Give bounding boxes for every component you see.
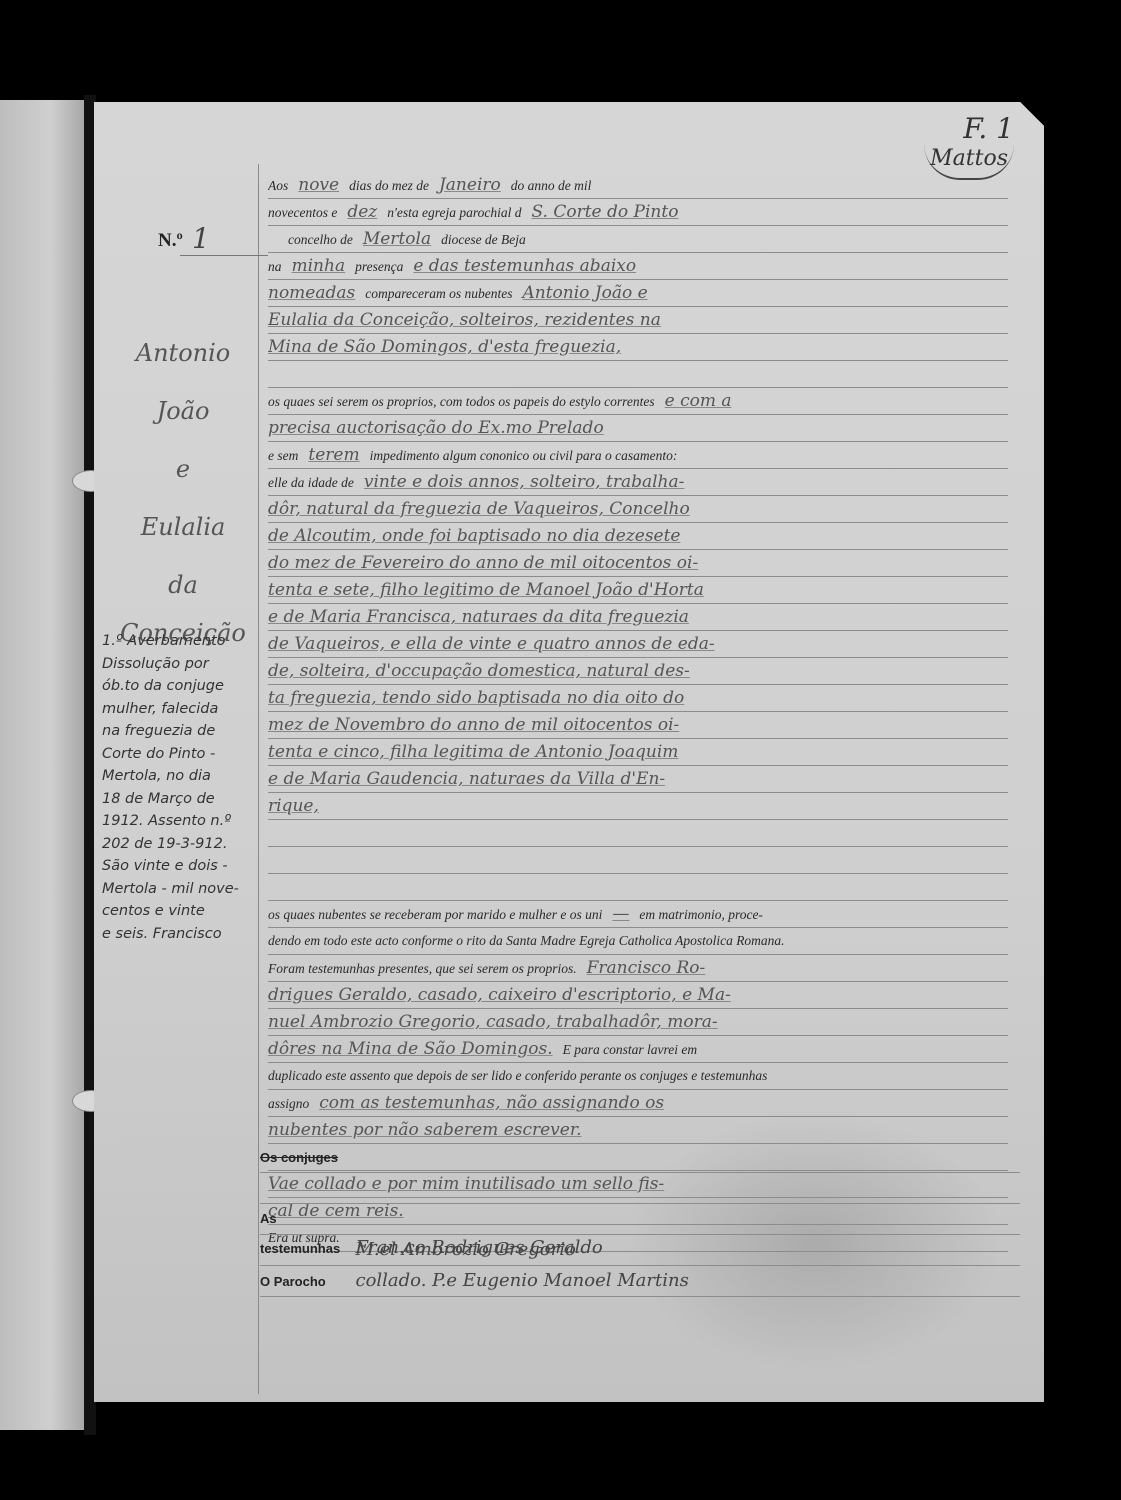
printed-text: compareceram os nubentes [365,286,512,301]
note-line: Mertola, no dia [102,765,262,788]
handwritten-text: Francisco Ro- [587,958,706,978]
printed-text: elle da idade de [268,475,354,490]
handwritten-text: ta freguezia, tendo sido baptisada no di… [268,688,684,708]
handwritten-text: — [612,904,629,924]
note-line: Mertola - mil nove- [102,878,262,901]
printed-text: presença [355,259,403,274]
record-line: e de Maria Gaudencia, naturaes da Villa … [268,766,1008,793]
record-line: de Vaqueiros, e ella de vinte e quatro a… [268,631,1008,658]
record-line: do mez de Fevereiro do anno de mil oitoc… [268,550,1008,577]
handwritten-text: terem [308,445,359,465]
printed-text: do anno de mil [511,178,592,193]
record-line: precisa auctorisação do Ex.mo Prelado [268,415,1008,442]
handwritten-text: e de Maria Francisca, naturaes da dita f… [268,607,689,627]
folio-number: F. 1 [963,112,1014,145]
note-line: Corte do Pinto - [102,743,262,766]
printed-text: e sem [268,448,298,463]
record-line: os quaes nubentes se receberam por marid… [268,901,1008,928]
handwritten-text: e de Maria Gaudencia, naturaes da Villa … [268,769,665,789]
handwritten-text: mez de Novembro do anno de mil oitocento… [268,715,679,735]
record-line: ta freguezia, tendo sido baptisada no di… [268,685,1008,712]
record-line: nomeadascompareceram os nubentesAntonio … [268,280,1008,307]
record-body: Aosnovedias do mez deJaneirodo anno de m… [268,172,1008,1252]
testemunhas-row: As testemunhas Fran.co Rodrigues Geraldo [260,1204,1020,1235]
record-line: nuel Ambrozio Gregorio, casado, trabalha… [268,1009,1008,1036]
printed-text: duplicado este assento que depois de ser… [268,1068,767,1083]
testemunhas-row-2: M.el Ambrozio Gregorio [260,1235,1020,1266]
record-line: drigues Geraldo, casado, caixeiro d'escr… [268,982,1008,1009]
handwritten-text: do mez de Fevereiro do anno de mil oitoc… [268,553,698,573]
handwritten-text: Mertola [363,229,431,249]
record-line [268,874,1008,901]
conjuges-row-2 [260,1173,1020,1204]
note-line: centos e vinte [102,900,262,923]
margin-name: e [108,440,258,498]
note-line: São vinte e dois - [102,855,262,878]
note-line: 1.º Averbamento [102,630,262,653]
printed-text: impedimento algum cononico ou civil para… [370,448,678,463]
record-line: elle da idade devinte e dois annos, solt… [268,469,1008,496]
handwritten-text: drigues Geraldo, casado, caixeiro d'escr… [268,985,731,1005]
printed-text: Foram testemunhas presentes, que sei ser… [268,961,577,976]
handwritten-text: vinte e dois annos, solteiro, trabalha- [364,472,685,492]
priest-signature: collado. P.e Eugenio Manoel Martins [356,1270,689,1291]
printed-text: os quaes nubentes se receberam por marid… [268,907,602,922]
signature-block: Os conjuges As testemunhas Fran.co Rodri… [260,1142,1020,1297]
handwritten-text: Eulalia da Conceição, solteiros, reziden… [268,310,661,330]
printed-text: diocese de Beja [441,232,526,247]
printed-text: na [268,259,282,274]
record-line: assignocom as testemunhas, não assignand… [268,1090,1008,1117]
handwritten-text: tenta e sete, filho legitimo de Manoel J… [268,580,704,600]
facing-page-left [0,100,84,1430]
record-line: dendo em todo este acto conforme o rito … [268,928,1008,955]
printed-text: dendo em todo este acto conforme o rito … [268,933,785,948]
handwritten-text: de Vaqueiros, e ella de vinte e quatro a… [268,634,715,654]
handwritten-text: nomeadas [268,283,355,303]
record-line: e semteremimpedimento algum cononico ou … [268,442,1008,469]
printed-text: n'esta egreja parochial d [387,205,521,220]
record-line: Eulalia da Conceição, solteiros, reziden… [268,307,1008,334]
handwritten-text: e das testemunhas abaixo [413,256,636,276]
record-line: novecentos edezn'esta egreja parochial d… [268,199,1008,226]
margin-name: Antonio [108,324,258,382]
margin-name: João [108,382,258,440]
handwritten-text: precisa auctorisação do Ex.mo Prelado [268,418,604,438]
printed-text: concelho de [288,232,353,247]
conjuges-label: Os conjuges [260,1143,352,1173]
handwritten-text: nubentes por não saberem escrever. [268,1120,582,1140]
record-line: dôr, natural da freguezia de Vaqueiros, … [268,496,1008,523]
handwritten-text: tenta e cinco, filha legitima de Antonio… [268,742,678,762]
record-line: mez de Novembro do anno de mil oitocento… [268,712,1008,739]
record-line: os quaes sei serem os proprios, com todo… [268,388,1008,415]
record-line: naminhapresençae das testemunhas abaixo [268,253,1008,280]
note-line: 18 de Março de [102,788,262,811]
note-line: 1912. Assento n.º [102,810,262,833]
handwritten-text: Antonio João e [522,283,647,303]
page-corner-fold [1020,102,1044,126]
reference-mark: F. 1 Mattos [924,114,1014,180]
record-line: rique, [268,793,1008,820]
handwritten-text: dez [347,202,377,222]
handwritten-text: e com a [665,391,732,411]
note-line: na freguezia de [102,720,262,743]
handwritten-text: dôres na Mina de São Domingos. [268,1039,553,1059]
handwritten-text: Mina de São Domingos, d'esta freguezia, [268,337,621,357]
record-line [268,820,1008,847]
record-line: de, solteira, d'occupação domestica, nat… [268,658,1008,685]
handwritten-text: rique, [268,796,319,816]
printed-text: novecentos e [268,205,337,220]
handwritten-text: nuel Ambrozio Gregorio, casado, trabalha… [268,1012,718,1032]
printed-text: Aos [268,178,288,193]
note-line: 202 de 19-3-912. [102,833,262,856]
margin-name: Eulalia [108,498,258,556]
printed-text: os quaes sei serem os proprios, com todo… [268,394,655,409]
record-line: Aosnovedias do mez deJaneirodo anno de m… [268,172,1008,199]
handwritten-text: Janeiro [439,175,501,195]
printed-text: dias do mez de [349,178,429,193]
record-line: duplicado este assento que depois de ser… [268,1063,1008,1090]
handwritten-text: dôr, natural da freguezia de Vaqueiros, … [268,499,690,519]
record-line: Foram testemunhas presentes, que sei ser… [268,955,1008,982]
register-page: F. 1 Mattos N.º 1 Antonio João e Eulalia… [94,102,1044,1402]
note-line: Dissolução por [102,653,262,676]
record-number: 1 [180,222,268,256]
record-line [268,847,1008,874]
printed-text: em matrimonio, proce- [639,907,763,922]
note-line: ób.to da conjuge [102,675,262,698]
record-line [268,361,1008,388]
parocho-row: O Parocho collado. P.e Eugenio Manoel Ma… [260,1266,1020,1297]
margin-names: Antonio João e Eulalia da [108,324,258,614]
record-line: concelho deMertoladiocese de Beja [268,226,1008,253]
record-line: nubentes por não saberem escrever. [268,1117,1008,1144]
record-line: Mina de São Domingos, d'esta freguezia, [268,334,1008,361]
witness-signature-2: M.el Ambrozio Gregorio [356,1239,576,1260]
note-line: mulher, falecida [102,698,262,721]
handwritten-text: de Alcoutim, onde foi baptisado no dia d… [268,526,681,546]
printed-text: assigno [268,1096,309,1111]
handwritten-text: nove [298,175,339,195]
note-line: e seis. Francisco [102,923,262,946]
record-line: tenta e sete, filho legitimo de Manoel J… [268,577,1008,604]
handwritten-text: S. Corte do Pinto [532,202,679,222]
handwritten-text: minha [292,256,346,276]
record-line: dôres na Mina de São Domingos.E para con… [268,1036,1008,1063]
annotation-note: 1.º Averbamento Dissolução por ób.to da … [102,630,262,945]
record-line: tenta e cinco, filha legitima de Antonio… [268,739,1008,766]
record-line: e de Maria Francisca, naturaes da dita f… [268,604,1008,631]
parocho-label: O Parocho [260,1267,352,1297]
conjuges-row: Os conjuges [260,1142,1020,1173]
record-line: de Alcoutim, onde foi baptisado no dia d… [268,523,1008,550]
handwritten-text: com as testemunhas, não assignando os [319,1093,664,1113]
printed-text: E para constar lavrei em [563,1042,697,1057]
handwritten-text: de, solteira, d'occupação domestica, nat… [268,661,690,681]
